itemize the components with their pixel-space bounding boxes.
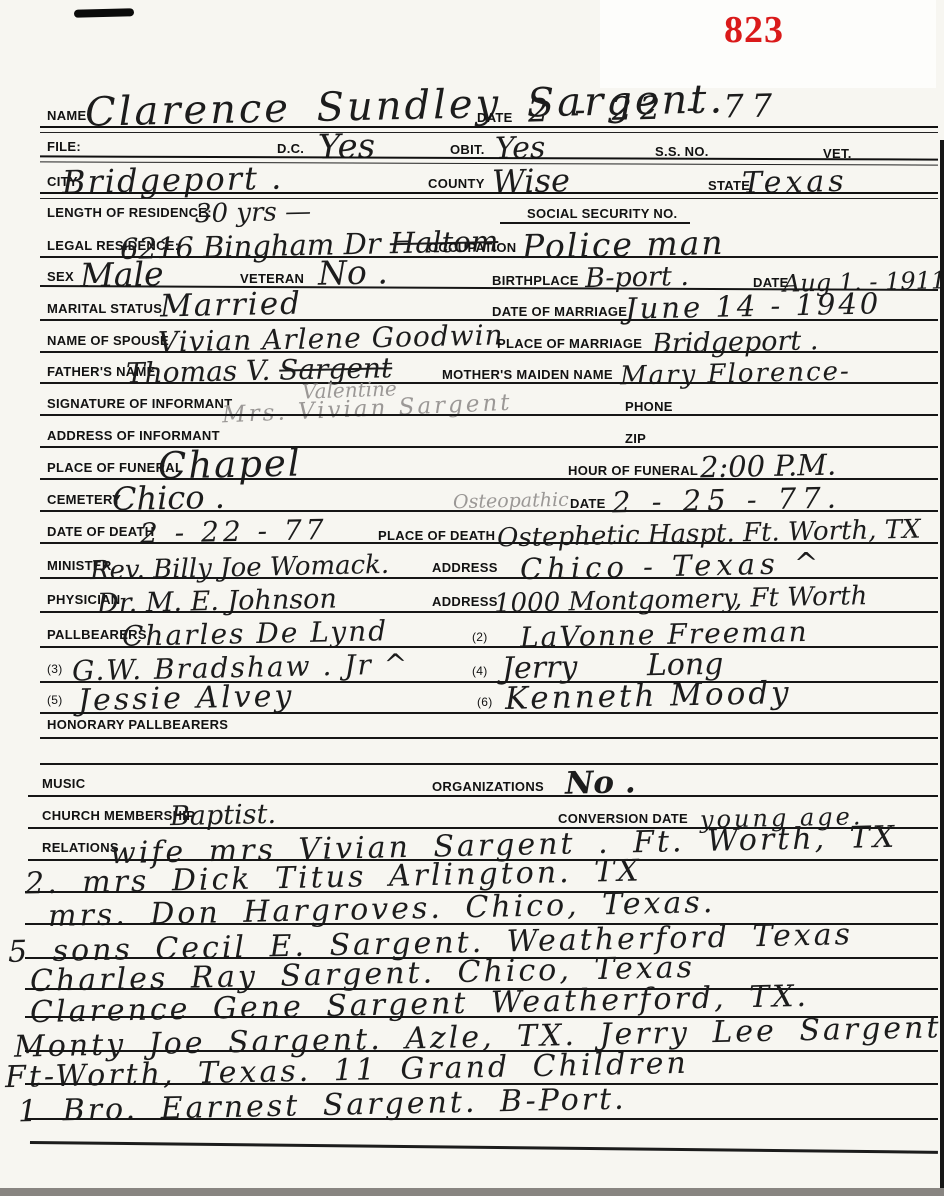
obit-label: OBIT. — [450, 142, 485, 157]
signature-of-informant-label: SIGNATURE OF INFORMANT — [47, 396, 232, 411]
physician-address-label: ADDRESS — [432, 594, 498, 609]
pallbearer-6-value: Kenneth Moody — [505, 678, 792, 715]
form-line — [40, 577, 938, 579]
cemetery-label: CEMETERY — [47, 492, 121, 507]
funeral-home-record-form: 823 NAME Clarence Sundley Sargent. DATE … — [0, 0, 944, 1196]
name-label: NAME — [47, 108, 86, 123]
cemetery-date-label: DATE — [570, 496, 606, 511]
date-label: DATE — [477, 110, 513, 125]
form-line — [40, 712, 938, 714]
cemetery-date-value: 2 - 25 - 77. — [612, 484, 843, 518]
form-line — [25, 1118, 938, 1120]
mothers-maiden-name-value: Mary Florence- — [620, 359, 851, 390]
pallbearer-4-number: (4) — [472, 664, 488, 678]
birthplace-label: BIRTHPLACE — [492, 273, 579, 288]
form-line — [40, 763, 938, 765]
date-of-death-label: DATE OF DEATH — [47, 524, 154, 539]
form-line — [40, 510, 938, 512]
cemetery-pencil-note: Osteopathic — [453, 491, 569, 512]
form-line — [40, 192, 938, 199]
music-label: MUSIC — [42, 776, 85, 791]
pallbearer-5-number: (5) — [47, 693, 63, 707]
form-line — [28, 795, 938, 797]
pallbearer-3-number: (3) — [47, 662, 63, 676]
scan-bottom-bar — [0, 1188, 944, 1196]
pallbearer-2-number: (2) — [472, 630, 488, 644]
form-line — [40, 256, 938, 258]
sex-label: SEX — [47, 269, 74, 284]
place-of-death-value: Ostephetic Haspt. Ft. Worth, TX — [497, 517, 921, 552]
date-of-marriage-label: DATE OF MARRIAGE — [492, 304, 627, 319]
place-of-marriage-label: PLACE OF MARRIAGE — [497, 336, 642, 351]
form-line — [40, 351, 938, 353]
minister-address-label: ADDRESS — [432, 560, 498, 575]
minister-value: Rev. Billy Joe Womack. — [90, 552, 390, 584]
form-line — [40, 737, 938, 739]
veteran-value: No . — [318, 255, 388, 289]
address-of-informant-label: ADDRESS OF INFORMANT — [47, 428, 220, 443]
form-line — [40, 646, 938, 648]
honorary-pallbearers-label: HONORARY PALLBEARERS — [47, 717, 228, 732]
length-of-residence-value: 30 yrs — — [195, 199, 312, 227]
zip-label: ZIP — [625, 431, 646, 446]
page-number: 823 — [724, 8, 784, 52]
marital-status-label: MARITAL STATUS — [47, 301, 162, 316]
veteran-label: VETERAN — [240, 271, 304, 286]
dc-label: D.C. — [277, 141, 304, 156]
phone-label: PHONE — [625, 399, 673, 414]
social-security-label: SOCIAL SECURITY NO. — [527, 206, 677, 221]
relations-label: RELATIONS — [42, 840, 119, 855]
form-line — [40, 542, 938, 544]
organizations-label: ORGANIZATIONS — [432, 779, 544, 794]
marital-status-value: Married — [160, 289, 303, 323]
occupation-label: OCCUPATION — [428, 240, 516, 255]
file-label: FILE: — [47, 139, 81, 154]
name-of-spouse-label: NAME OF SPOUSE — [47, 333, 169, 348]
form-line — [40, 126, 938, 133]
place-of-death-label: PLACE OF DEATH — [378, 528, 495, 543]
form-line — [40, 414, 938, 416]
county-label: COUNTY — [428, 176, 485, 191]
date-value: 2 - 22 - 77 — [528, 89, 781, 126]
scan-edge-strip — [940, 140, 944, 1196]
length-of-residence-label: LENGTH OF RESIDENCE: — [47, 205, 212, 220]
church-membership-value: Baptist. — [170, 801, 277, 830]
form-line — [40, 382, 938, 384]
informant-signature-pencil: Mrs. Vivian Sargent — [222, 392, 513, 428]
scan-ink-mark — [74, 8, 134, 18]
hour-of-funeral-label: HOUR OF FUNERAL — [568, 463, 698, 478]
pallbearer-6-number: (6) — [477, 695, 493, 709]
place-of-marriage-value: Bridgeport . — [652, 327, 819, 357]
form-line — [40, 611, 938, 613]
mothers-maiden-name-label: MOTHER'S MAIDEN NAME — [442, 367, 613, 382]
form-line — [30, 1141, 938, 1153]
